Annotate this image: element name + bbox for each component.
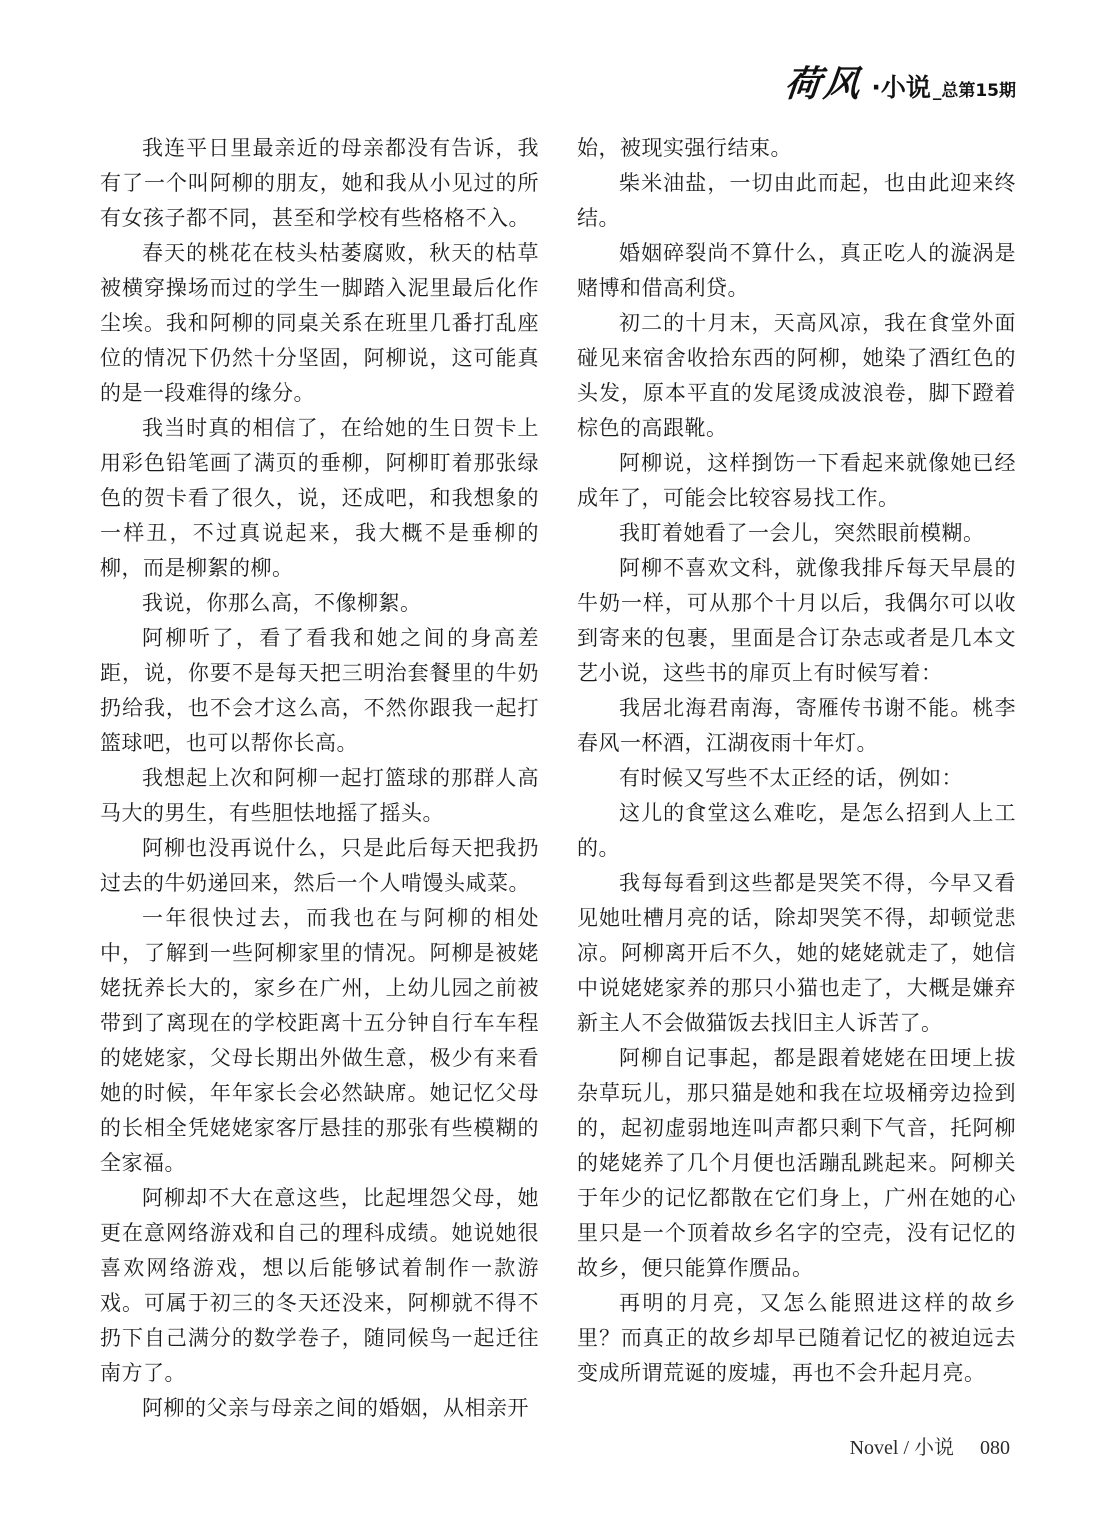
paragraph: 我居北海君南海，寄雁传书谢不能。桃李春风一杯酒，江湖夜雨十年灯。 (577, 691, 1016, 761)
header-issue-number: _总第15期 (933, 76, 1016, 101)
paragraph: 阿柳听了，看了看我和她之间的身高差距，说，你要不是每天把三明治套餐里的牛奶扔给我… (100, 621, 539, 761)
paragraph: 这儿的食堂这么难吃，是怎么招到人上工的。 (577, 796, 1016, 866)
paragraph: 阿柳说，这样捯饬一下看起来就像她已经成年了，可能会比较容易找工作。 (577, 446, 1016, 516)
paragraph: 婚姻碎裂尚不算什么，真正吃人的漩涡是赌博和借高利贷。 (577, 236, 1016, 306)
paragraph: 始，被现实强行结束。 (577, 131, 1016, 166)
paragraph: 我当时真的相信了，在给她的生日贺卡上用彩色铅笔画了满页的垂柳，阿柳盯着那张绿色的… (100, 411, 539, 586)
header-section-title: ·小说 (871, 68, 931, 104)
paragraph: 我连平日里最亲近的母亲都没有告诉，我有了一个叫阿柳的朋友，她和我从小见过的所有女… (100, 131, 539, 236)
paragraph: 阿柳自记事起，都是跟着姥姥在田埂上拔杂草玩儿，那只猫是她和我在垃圾桶旁边捡到的，… (577, 1041, 1016, 1286)
paragraph: 阿柳却不大在意这些，比起埋怨父母，她更在意网络游戏和自己的理科成绩。她说她很喜欢… (100, 1181, 539, 1391)
page-footer: Novel / 小说080 (850, 1431, 1010, 1460)
paragraph: 柴米油盐，一切由此而起，也由此迎来终结。 (577, 166, 1016, 236)
footer-section-label: Novel / 小说 (850, 1437, 954, 1459)
paragraph: 我每每看到这些都是哭笑不得，今早又看见她吐槽月亮的话，除却哭笑不得，却顿觉悲凉。… (577, 866, 1016, 1041)
magazine-logo: 荷风 (783, 56, 866, 107)
article-left-column: 我连平日里最亲近的母亲都没有告诉，我有了一个叫阿柳的朋友，她和我从小见过的所有女… (100, 131, 539, 1426)
article-right-column: 始，被现实强行结束。柴米油盐，一切由此而起，也由此迎来终结。婚姻碎裂尚不算什么，… (577, 131, 1016, 1426)
paragraph: 我想起上次和阿柳一起打篮球的那群人高马大的男生，有些胆怯地摇了摇头。 (100, 761, 539, 831)
paragraph: 一年很快过去，而我也在与阿柳的相处中，了解到一些阿柳家里的情况。阿柳是被姥姥抚养… (100, 901, 539, 1181)
paragraph: 阿柳不喜欢文科，就像我排斥每天早晨的牛奶一样，可从那个十月以后，我偶尔可以收到寄… (577, 551, 1016, 691)
paragraph: 有时候又写些不太正经的话，例如： (577, 761, 1016, 796)
page-header: 荷风 ·小说 _总第15期 (785, 56, 1016, 107)
paragraph: 我说，你那么高，不像柳絮。 (100, 586, 539, 621)
paragraph: 阿柳的父亲与母亲之间的婚姻，从相亲开 (100, 1391, 539, 1426)
paragraph: 再明的月亮，又怎么能照进这样的故乡里？而真正的故乡却早已随着记忆的被迫远去变成所… (577, 1286, 1016, 1391)
paragraph: 我盯着她看了一会儿，突然眼前模糊。 (577, 516, 1016, 551)
article-body: 我连平日里最亲近的母亲都没有告诉，我有了一个叫阿柳的朋友，她和我从小见过的所有女… (100, 131, 1016, 1426)
paragraph: 阿柳也没再说什么，只是此后每天把我扔过去的牛奶递回来，然后一个人啃馒头咸菜。 (100, 831, 539, 901)
footer-page-number: 080 (980, 1437, 1010, 1459)
paragraph: 春天的桃花在枝头枯萎腐败，秋天的枯草被横穿操场而过的学生一脚踏入泥里最后化作尘埃… (100, 236, 539, 411)
paragraph: 初二的十月末，天高风凉，我在食堂外面碰见来宿舍收拾东西的阿柳，她染了酒红色的头发… (577, 306, 1016, 446)
